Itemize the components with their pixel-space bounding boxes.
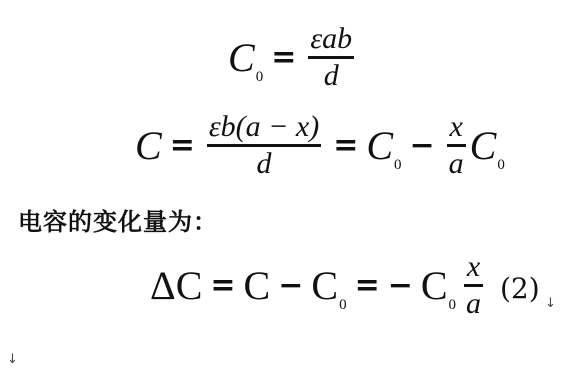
eq2-frac2-numerator: x: [448, 110, 465, 144]
eq3-term3-subscript: 0: [449, 297, 457, 313]
change-label: 电容的变化量为：: [18, 202, 218, 237]
eq2-term2-symbol: C: [470, 123, 497, 168]
paragraph-mark-icon: ↓: [545, 296, 556, 311]
eq2-denominator: d: [255, 147, 274, 181]
eq3-term3: C0: [421, 262, 456, 309]
eq2-numerator: εb(a − x): [207, 110, 321, 144]
eq3-minus-1: −: [278, 268, 303, 303]
paragraph-mark-icon: ↓: [7, 352, 18, 367]
eq1-denominator: d: [322, 59, 341, 93]
eq2-term2-subscript: 0: [497, 157, 505, 173]
eq1-lhs: C0: [228, 34, 263, 81]
equation-number: (2): [500, 272, 540, 305]
eq3-equals-1: =: [210, 268, 235, 303]
eq3-fraction: x a: [464, 250, 483, 321]
eq3-denominator: a: [464, 287, 483, 321]
equation-c: C = εb(a − x) d = C0 − x a C0: [135, 110, 505, 181]
eq3-lhs: ΔC: [150, 262, 202, 309]
eq3-term1: C: [244, 262, 271, 309]
eq1-lhs-symbol: C: [228, 35, 255, 80]
eq1-fraction: εab d: [308, 22, 354, 93]
eq2-minus: −: [410, 128, 435, 163]
eq2-term1-symbol: C: [366, 123, 393, 168]
eq2-term2: C0: [470, 122, 505, 169]
eq1-numerator: εab: [308, 22, 354, 56]
eq2-frac2-denominator: a: [447, 147, 466, 181]
eq2-equals-1: =: [170, 128, 195, 163]
eq2-term1-subscript: 0: [394, 157, 402, 173]
eq2-term1: C0: [366, 122, 401, 169]
eq3-term2: C0: [311, 262, 346, 309]
eq2-fraction-2: x a: [447, 110, 466, 181]
eq1-equals: =: [271, 40, 296, 75]
eq2-fraction: εb(a − x) d: [207, 110, 321, 181]
eq2-lhs: C: [135, 122, 162, 169]
equation-c0: C0 = εab d: [228, 22, 358, 93]
eq3-term2-subscript: 0: [339, 297, 347, 313]
eq3-minus-2: −: [388, 268, 413, 303]
eq3-term2-symbol: C: [311, 263, 338, 308]
equation-delta-c: ΔC = C − C0 = − C0 x a: [150, 250, 487, 321]
eq3-numerator: x: [465, 250, 482, 284]
eq1-lhs-subscript: 0: [256, 69, 264, 85]
eq3-equals-2: =: [355, 268, 380, 303]
eq3-term3-symbol: C: [421, 263, 448, 308]
eq2-equals-2: =: [333, 128, 358, 163]
